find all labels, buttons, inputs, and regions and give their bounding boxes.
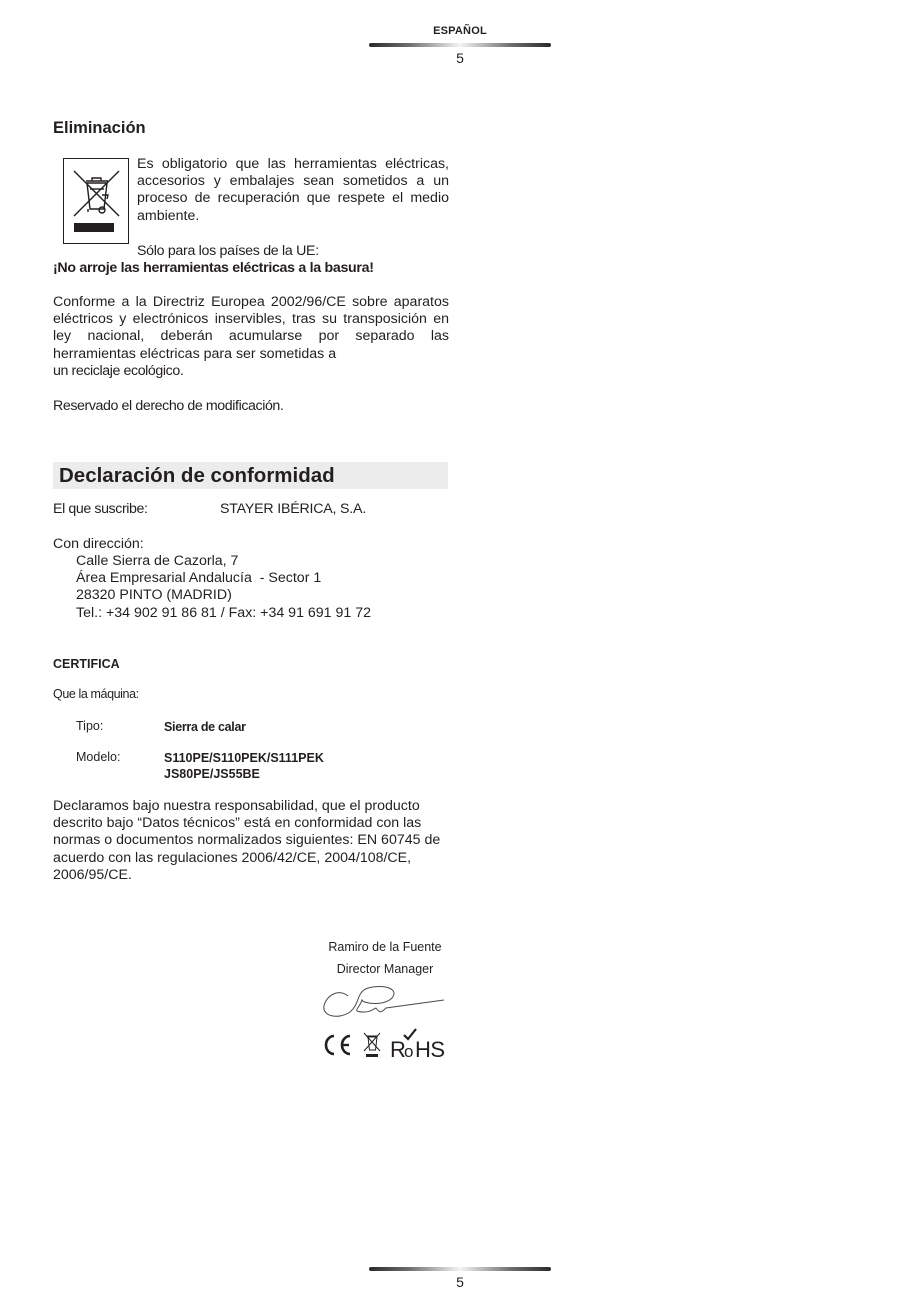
- signatory-role: Director Manager: [310, 958, 460, 980]
- model-values: S110PE/S110PEK/S111PEK JS80PE/JS55BE: [164, 750, 324, 782]
- disposal-warning: ¡No arroje las herramientas eléctricas a…: [53, 260, 374, 276]
- machine-label: Que la máquina:: [53, 687, 139, 701]
- address-line: Tel.: +34 902 91 86 81 / Fax: +34 91 691…: [76, 605, 371, 622]
- model-value: JS80PE/JS55BE: [164, 766, 324, 782]
- crossed-out-wheelie-bin-icon: [63, 158, 129, 244]
- address-label: Con dirección:: [53, 536, 144, 552]
- model-value: S110PE/S110PEK/S111PEK: [164, 750, 324, 766]
- rohs-compliance-icon: R o HS: [390, 1029, 445, 1061]
- reserved-rights-note: Reservado el derecho de modificación.: [53, 398, 449, 414]
- page-number-top: 5: [370, 50, 550, 66]
- type-value: Sierra de calar: [164, 719, 246, 735]
- address-line: 28320 PINTO (MADRID): [76, 587, 371, 604]
- directive-last-line: un reciclaje ecológico.: [53, 363, 449, 380]
- certifies-heading: CERTIFICA: [53, 657, 120, 671]
- directive-paragraph: Conforme a la Directriz Europea 2002/96/…: [53, 294, 449, 380]
- disposal-heading: Eliminación: [53, 119, 449, 138]
- eu-only-note: Sólo para los países de la UE:: [137, 243, 319, 259]
- handwritten-signature-icon: [320, 982, 450, 1029]
- weee-bin-icon: [364, 1033, 380, 1057]
- header-divider: [369, 43, 551, 47]
- language-label: ESPAÑOL: [370, 25, 550, 37]
- signer-label: El que suscribe:: [53, 501, 148, 517]
- compliance-marks: R o HS: [320, 1027, 452, 1066]
- page-number-bottom: 5: [370, 1274, 550, 1290]
- address-line: Calle Sierra de Cazorla, 7: [76, 553, 371, 570]
- footer-divider: [369, 1267, 551, 1271]
- svg-text:HS: HS: [415, 1037, 445, 1061]
- model-label: Modelo:: [76, 750, 120, 764]
- declaration-heading: Declaración de conformidad: [59, 462, 335, 489]
- address-line: Área Empresarial Andalucía - Sector 1: [76, 570, 371, 587]
- conformity-statement: Declaramos bajo nuestra responsabilidad,…: [53, 798, 453, 884]
- signatory-block: Ramiro de la Fuente Director Manager: [310, 936, 460, 980]
- address-block: Calle Sierra de Cazorla, 7 Área Empresar…: [76, 553, 371, 622]
- signer-value: STAYER IBÉRICA, S.A.: [220, 501, 366, 517]
- directive-text: Conforme a la Directriz Europea 2002/96/…: [53, 294, 449, 362]
- signatory-name: Ramiro de la Fuente: [310, 936, 460, 958]
- svg-text:o: o: [404, 1042, 413, 1061]
- svg-text:R: R: [390, 1037, 405, 1061]
- disposal-paragraph: Es obligatorio que las herramientas eléc…: [137, 156, 449, 225]
- type-label: Tipo:: [76, 719, 103, 733]
- ce-mark-icon: [326, 1036, 350, 1054]
